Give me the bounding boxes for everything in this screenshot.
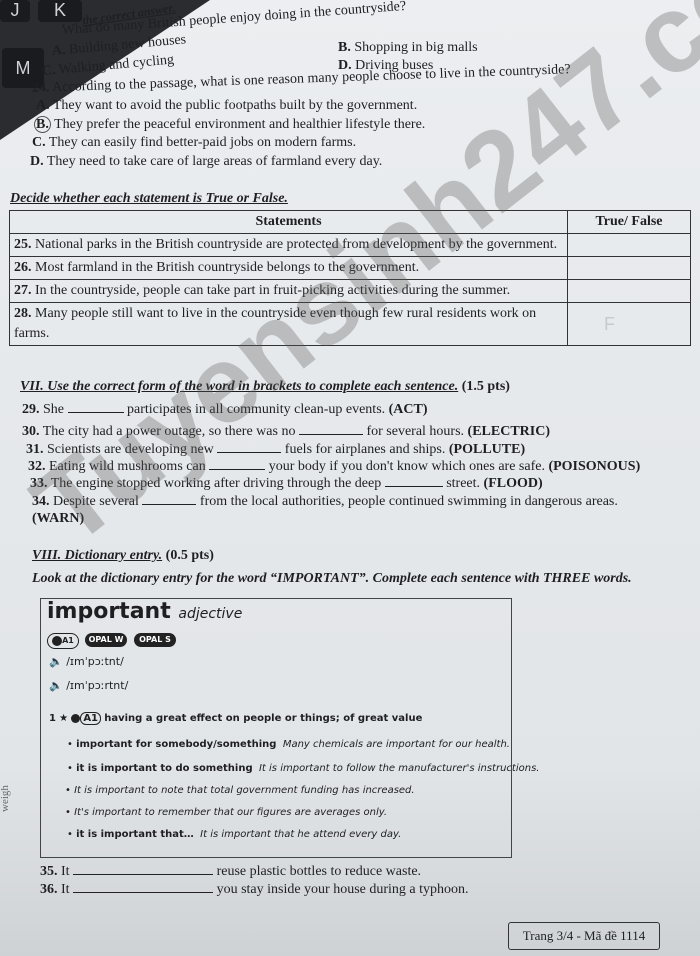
q24-option-c: C. They can easily find better-paid jobs… — [32, 134, 356, 151]
headword: important adjective — [47, 599, 242, 624]
key-j: J — [0, 0, 30, 22]
q24-option-b: B. They prefer the peaceful environment … — [34, 116, 425, 133]
item-34: 34. Despite several from the local autho… — [32, 492, 618, 510]
table-row: 28. Many people still want to live in th… — [10, 303, 691, 346]
tf-instruction: Decide whether each statement is True or… — [10, 190, 288, 207]
option-letter: C. — [41, 63, 56, 79]
answer-blank[interactable] — [73, 880, 213, 893]
item-30: 30. The city had a power outage, so ther… — [22, 422, 550, 440]
answer-blank[interactable] — [68, 400, 124, 413]
item-32: 32. Eating wild mushrooms can your body … — [28, 457, 640, 475]
option-text: Shopping in big malls — [354, 40, 477, 55]
answer-blank[interactable] — [217, 440, 281, 453]
option-text: They can easily find better-paid jobs on… — [49, 135, 356, 150]
key-k: K — [38, 0, 82, 22]
table-row: 26. Most farmland in the British country… — [10, 257, 691, 280]
answer-blank[interactable] — [385, 474, 443, 487]
statement-cell: 25. National parks in the British countr… — [10, 234, 568, 257]
exam-page: J K M the correct answer. What do many B… — [0, 0, 700, 956]
example-4: • It's important to remember that our fi… — [65, 807, 387, 818]
item-29: 29. She participates in all community cl… — [22, 400, 428, 418]
answer-cell[interactable] — [568, 280, 691, 303]
page-footer: Trang 3/4 - Mã đề 1114 — [508, 922, 660, 950]
item-33: 33. The engine stopped working after dri… — [30, 474, 543, 492]
answer-cell[interactable] — [568, 234, 691, 257]
speaker-icon[interactable]: 🔈 — [49, 679, 63, 692]
option-text: They want to avoid the public footpaths … — [53, 98, 417, 113]
speaker-icon[interactable]: 🔈 — [49, 655, 63, 668]
statement-cell: 26. Most farmland in the British country… — [10, 257, 568, 280]
table-row: 27. In the countryside, people can take … — [10, 280, 691, 303]
statement-cell: 28. Many people still want to live in th… — [10, 303, 568, 346]
example-3: • It is important to note that total gov… — [65, 785, 415, 796]
statement-cell: 27. In the countryside, people can take … — [10, 280, 568, 303]
option-letter: B. — [338, 40, 351, 55]
option-text: They need to take care of large areas of… — [47, 154, 382, 169]
answer-blank[interactable] — [299, 422, 363, 435]
q24-option-d: D. They need to take care of large areas… — [30, 153, 382, 170]
key-icon — [71, 714, 80, 723]
item-31: 31. Scientists are developing new fuels … — [26, 440, 525, 458]
item-35: 35. It reuse plastic bottles to reduce w… — [40, 862, 421, 880]
q23-option-b: B. Shopping in big malls — [338, 39, 478, 56]
option-letter: B. — [34, 116, 51, 133]
example-5: • it is important that… It is important … — [67, 829, 401, 840]
option-letter: D. — [30, 154, 44, 169]
pronunciation-uk: 🔈 /ɪmˈpɔːtnt/ — [49, 655, 124, 668]
question-number: 24. — [32, 80, 50, 96]
section8-instruction: Look at the dictionary entry for the wor… — [32, 570, 632, 587]
option-letter: C. — [32, 135, 46, 150]
option-letter: A. — [51, 43, 66, 59]
badge-key-a1: A1 — [47, 633, 79, 649]
header-true-false: True/ False — [568, 211, 691, 234]
option-letter: A. — [36, 98, 50, 113]
header-statements: Statements — [10, 211, 568, 234]
margin-text: weigh — [0, 785, 14, 812]
badge-opal-s: OPAL S — [134, 633, 176, 647]
sense-definition: 1 ★ A1 having a great effect on people o… — [49, 713, 422, 724]
section8-title: VIII. Dictionary entry. (0.5 pts) — [32, 547, 214, 564]
true-false-table: Statements True/ False 25. National park… — [9, 210, 691, 346]
item-36: 36. It you stay inside your house during… — [40, 880, 469, 898]
item-34-word: (WARN) — [32, 510, 84, 527]
badge-opal-w: OPAL W — [85, 633, 127, 647]
table-row: 25. National parks in the British countr… — [10, 234, 691, 257]
section7-title: VII. Use the correct form of the word in… — [20, 378, 510, 395]
answer-blank[interactable] — [73, 862, 213, 875]
q24-option-a: A. They want to avoid the public footpat… — [36, 97, 417, 114]
example-1: • important for somebody/something Many … — [67, 739, 510, 750]
pronunciation-us: 🔈 /ɪmˈpɔːrtnt/ — [49, 679, 128, 692]
answer-cell[interactable]: F — [568, 303, 691, 346]
key-icon — [52, 636, 62, 646]
example-2: • it is important to do something It is … — [67, 763, 539, 774]
answer-blank[interactable] — [142, 492, 196, 505]
answer-cell[interactable] — [568, 257, 691, 280]
dictionary-entry: important adjective A1 OPAL W OPAL S 🔈 /… — [40, 598, 512, 858]
star-icon: ★ — [59, 713, 68, 724]
answer-blank[interactable] — [209, 457, 265, 470]
option-text: They prefer the peaceful environment and… — [54, 117, 425, 132]
table-header-row: Statements True/ False — [10, 211, 691, 234]
